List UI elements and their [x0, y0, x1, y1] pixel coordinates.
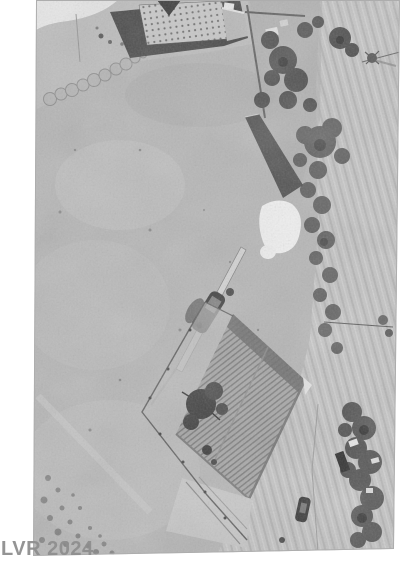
aerial-photo — [0, 0, 400, 563]
watermark-text: LVR 2024 — [1, 538, 94, 561]
aerial-photo-art — [0, 0, 400, 563]
film-grain — [0, 0, 400, 563]
screenshot-root: LVR 2024 — [0, 0, 400, 563]
